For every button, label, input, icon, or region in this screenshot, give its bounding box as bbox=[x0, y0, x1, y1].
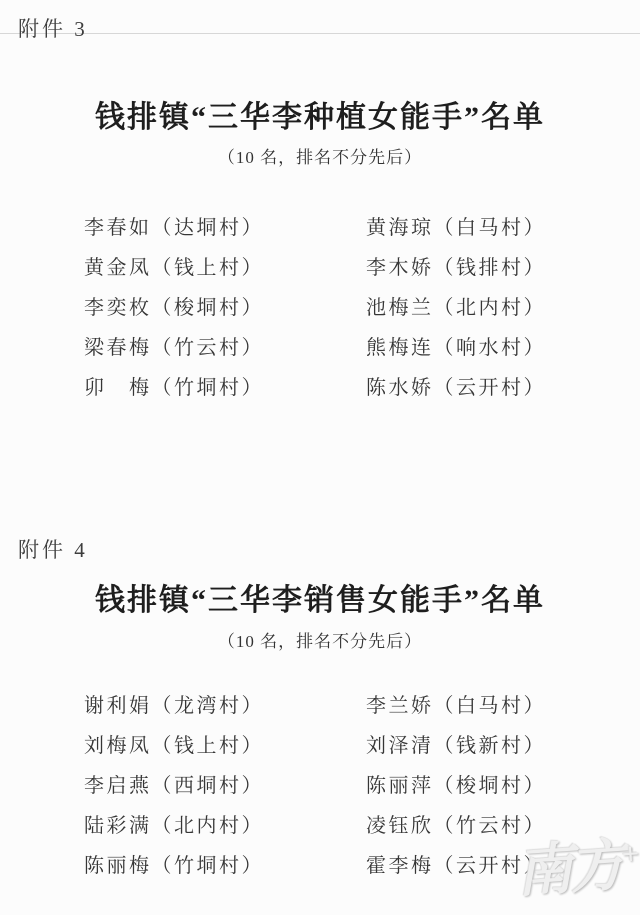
list-entry: 熊梅连（响水村） bbox=[366, 328, 546, 368]
list-entry: 黄海琼（白马村） bbox=[366, 208, 546, 248]
header-rule bbox=[0, 33, 640, 34]
list-entry: 李春如（达垌村） bbox=[84, 208, 264, 248]
list-entry: 卯 梅（竹垌村） bbox=[84, 368, 264, 408]
list-entry: 黄金凤（钱上村） bbox=[84, 248, 264, 288]
list-entry: 谢利娟（龙湾村） bbox=[84, 686, 264, 726]
planting-list-right-column: 黄海琼（白马村） 李木娇（钱排村） 池梅兰（北内村） 熊梅连（响水村） 陈水娇（… bbox=[366, 208, 546, 408]
list-entry: 李奕枚（梭垌村） bbox=[84, 288, 264, 328]
list-entry: 池梅兰（北内村） bbox=[366, 288, 546, 328]
list-entry: 李启燕（西垌村） bbox=[84, 766, 264, 806]
list-entry: 陈水娇（云开村） bbox=[366, 368, 546, 408]
list-entry: 李兰娇（白马村） bbox=[366, 686, 546, 726]
list-entry: 梁春梅（竹云村） bbox=[84, 328, 264, 368]
planting-list-left-column: 李春如（达垌村） 黄金凤（钱上村） 李奕枚（梭垌村） 梁春梅（竹云村） 卯 梅（… bbox=[84, 208, 264, 408]
sales-list-subtitle: （10 名，排名不分先后） bbox=[0, 627, 640, 652]
sales-list-left-column: 谢利娟（龙湾村） 刘梅凤（钱上村） 李启燕（西垌村） 陆彩满（北内村） 陈丽梅（… bbox=[84, 686, 264, 886]
list-entry: 凌钰欣（竹云村） bbox=[366, 806, 546, 846]
sales-list-right-column: 李兰娇（白马村） 刘泽清（钱新村） 陈丽萍（梭垌村） 凌钰欣（竹云村） 霍李梅（… bbox=[366, 686, 546, 886]
planting-list-subtitle: （10 名，排名不分先后） bbox=[0, 143, 640, 168]
list-entry: 陈丽萍（梭垌村） bbox=[366, 766, 546, 806]
list-entry: 陈丽梅（竹垌村） bbox=[84, 846, 264, 886]
list-entry: 刘梅凤（钱上村） bbox=[84, 726, 264, 766]
attachment-4-label: 附件 4 bbox=[18, 534, 88, 564]
attachment-3-label: 附件 3 bbox=[18, 13, 88, 43]
list-entry: 李木娇（钱排村） bbox=[366, 248, 546, 288]
planting-list-title: 钱排镇“三华李种植女能手”名单 bbox=[0, 92, 640, 136]
watermark-plus-icon: + bbox=[620, 836, 640, 871]
list-entry: 刘泽清（钱新村） bbox=[366, 726, 546, 766]
scanned-document-page: 附件 3 钱排镇“三华李种植女能手”名单 （10 名，排名不分先后） 李春如（达… bbox=[0, 0, 640, 915]
sales-list-title: 钱排镇“三华李销售女能手”名单 bbox=[0, 575, 640, 619]
list-entry: 霍李梅（云开村） bbox=[366, 846, 546, 886]
list-entry: 陆彩满（北内村） bbox=[84, 806, 264, 846]
